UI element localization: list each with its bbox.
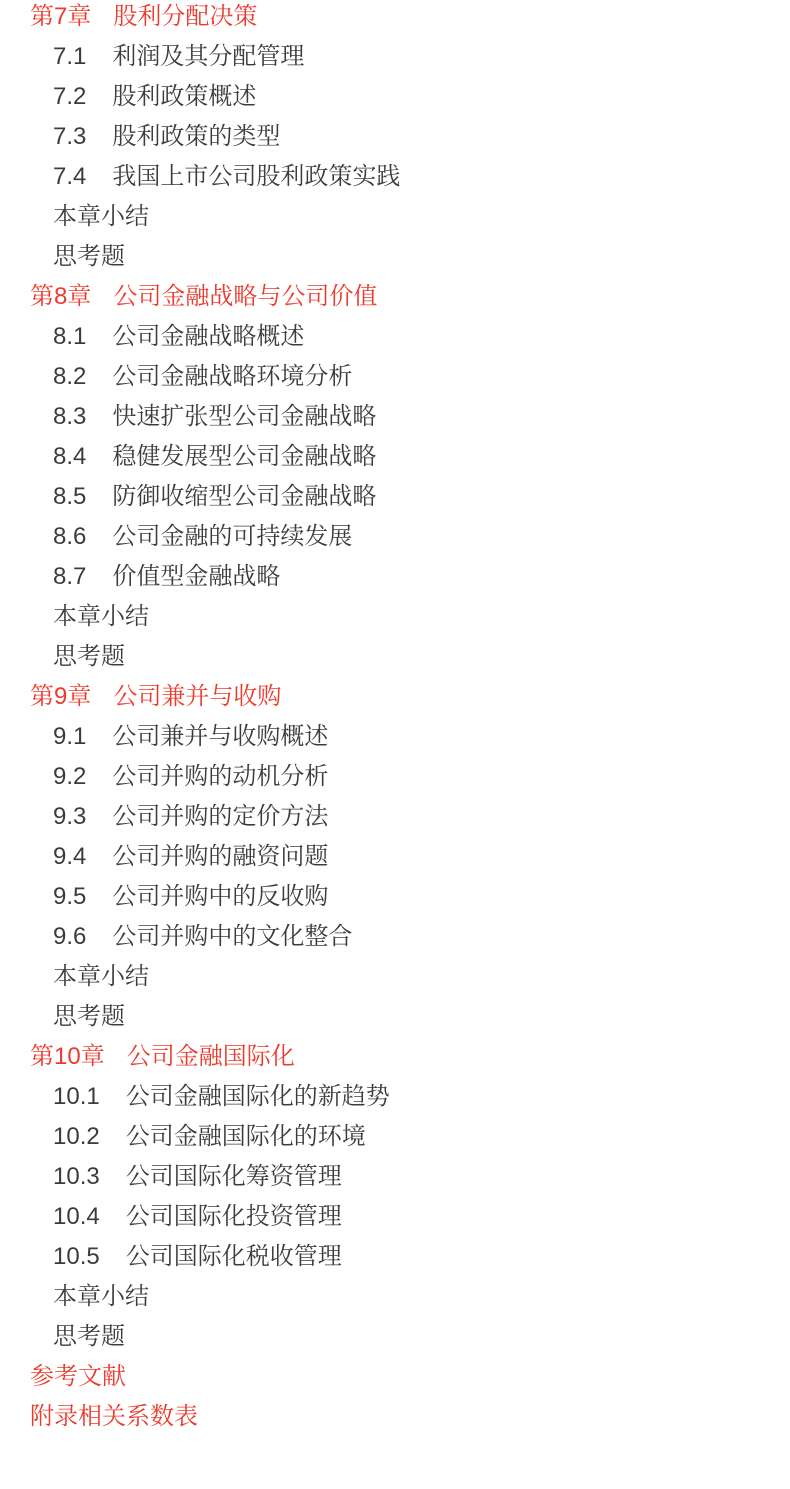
table-of-contents: 第7章股利分配决策7.1利润及其分配管理7.2股利政策概述7.3股利政策的类型7…	[0, 0, 790, 1437]
chapter-heading: 第9章公司兼并与收购	[0, 677, 790, 717]
section-number: 10.4	[53, 1197, 100, 1237]
section-title: 股利政策概述	[112, 77, 256, 117]
section-title: 公司金融国际化的新趋势	[126, 1077, 390, 1117]
section-number: 7.3	[53, 117, 86, 157]
section-title: 公司金融国际化的环境	[126, 1117, 366, 1157]
appendix-heading: 附录相关系数表	[0, 1397, 790, 1437]
review-questions: 思考题	[0, 237, 790, 277]
section-title: 防御收缩型公司金融战略	[112, 477, 376, 517]
chapter-number: 第9章	[30, 677, 91, 717]
chapter-title: 公司金融国际化	[127, 1037, 295, 1077]
section-title: 公司国际化投资管理	[126, 1197, 342, 1237]
section-number: 9.5	[53, 877, 86, 917]
section-title: 公司国际化筹资管理	[126, 1157, 342, 1197]
section-number: 9.3	[53, 797, 86, 837]
review-questions: 思考题	[0, 1317, 790, 1357]
section-item: 9.5公司并购中的反收购	[0, 877, 790, 917]
back-matter-label: 附录相关系数表	[30, 1397, 198, 1437]
chapter-heading: 第8章公司金融战略与公司价值	[0, 277, 790, 317]
chapter-summary: 本章小结	[0, 597, 790, 637]
extra-label: 思考题	[53, 997, 125, 1037]
section-item: 7.3股利政策的类型	[0, 117, 790, 157]
section-title: 公司并购中的文化整合	[112, 917, 352, 957]
section-number: 10.5	[53, 1237, 100, 1277]
chapter-number: 第8章	[30, 277, 91, 317]
back-matter-label: 参考文献	[30, 1357, 126, 1397]
section-item: 8.4稳健发展型公司金融战略	[0, 437, 790, 477]
section-item: 9.6公司并购中的文化整合	[0, 917, 790, 957]
section-title: 公司国际化税收管理	[126, 1237, 342, 1277]
section-title: 公司并购的融资问题	[112, 837, 328, 877]
section-item: 10.1公司金融国际化的新趋势	[0, 1077, 790, 1117]
section-item: 9.4公司并购的融资问题	[0, 837, 790, 877]
section-number: 9.4	[53, 837, 86, 877]
section-title: 公司兼并与收购概述	[112, 717, 328, 757]
section-number: 10.2	[53, 1117, 100, 1157]
section-title: 快速扩张型公司金融战略	[112, 397, 376, 437]
section-item: 10.4公司国际化投资管理	[0, 1197, 790, 1237]
extra-label: 思考题	[53, 637, 125, 677]
section-item: 8.2公司金融战略环境分析	[0, 357, 790, 397]
section-number: 10.3	[53, 1157, 100, 1197]
section-title: 稳健发展型公司金融战略	[112, 437, 376, 477]
extra-label: 本章小结	[53, 597, 149, 637]
chapter-summary: 本章小结	[0, 1277, 790, 1317]
section-item: 8.7价值型金融战略	[0, 557, 790, 597]
section-number: 9.1	[53, 717, 86, 757]
section-item: 10.5公司国际化税收管理	[0, 1237, 790, 1277]
section-number: 8.7	[53, 557, 86, 597]
chapter-number: 第10章	[30, 1037, 105, 1077]
chapter-summary: 本章小结	[0, 957, 790, 997]
section-number: 8.6	[53, 517, 86, 557]
section-item: 9.3公司并购的定价方法	[0, 797, 790, 837]
section-title: 我国上市公司股利政策实践	[112, 157, 400, 197]
section-item: 8.1公司金融战略概述	[0, 317, 790, 357]
extra-label: 思考题	[53, 1317, 125, 1357]
section-title: 公司金融战略环境分析	[112, 357, 352, 397]
section-title: 公司金融的可持续发展	[112, 517, 352, 557]
section-item: 8.5防御收缩型公司金融战略	[0, 477, 790, 517]
section-number: 8.1	[53, 317, 86, 357]
section-item: 7.4我国上市公司股利政策实践	[0, 157, 790, 197]
section-title: 股利政策的类型	[112, 117, 280, 157]
section-title: 利润及其分配管理	[112, 37, 304, 77]
extra-label: 本章小结	[53, 197, 149, 237]
extra-label: 思考题	[53, 237, 125, 277]
section-number: 9.2	[53, 757, 86, 797]
section-number: 8.5	[53, 477, 86, 517]
section-item: 8.3快速扩张型公司金融战略	[0, 397, 790, 437]
section-item: 10.2公司金融国际化的环境	[0, 1117, 790, 1157]
section-title: 公司并购的动机分析	[112, 757, 328, 797]
chapter-title: 公司兼并与收购	[113, 677, 281, 717]
section-number: 8.2	[53, 357, 86, 397]
chapter-summary: 本章小结	[0, 197, 790, 237]
section-item: 7.1利润及其分配管理	[0, 37, 790, 77]
section-title: 公司并购中的反收购	[112, 877, 328, 917]
extra-label: 本章小结	[53, 957, 149, 997]
review-questions: 思考题	[0, 637, 790, 677]
section-number: 9.6	[53, 917, 86, 957]
review-questions: 思考题	[0, 997, 790, 1037]
chapter-title: 公司金融战略与公司价值	[113, 277, 377, 317]
section-item: 9.2公司并购的动机分析	[0, 757, 790, 797]
section-title: 公司金融战略概述	[112, 317, 304, 357]
section-item: 9.1公司兼并与收购概述	[0, 717, 790, 757]
chapter-number: 第7章	[30, 0, 91, 37]
chapter-heading: 第7章股利分配决策	[0, 0, 790, 37]
references-heading: 参考文献	[0, 1357, 790, 1397]
section-number: 7.1	[53, 37, 86, 77]
chapter-heading: 第10章公司金融国际化	[0, 1037, 790, 1077]
section-item: 8.6公司金融的可持续发展	[0, 517, 790, 557]
section-item: 10.3公司国际化筹资管理	[0, 1157, 790, 1197]
section-number: 8.4	[53, 437, 86, 477]
section-title: 公司并购的定价方法	[112, 797, 328, 837]
extra-label: 本章小结	[53, 1277, 149, 1317]
chapter-title: 股利分配决策	[113, 0, 257, 37]
section-number: 10.1	[53, 1077, 100, 1117]
section-number: 8.3	[53, 397, 86, 437]
section-number: 7.4	[53, 157, 86, 197]
section-title: 价值型金融战略	[112, 557, 280, 597]
section-item: 7.2股利政策概述	[0, 77, 790, 117]
section-number: 7.2	[53, 77, 86, 117]
